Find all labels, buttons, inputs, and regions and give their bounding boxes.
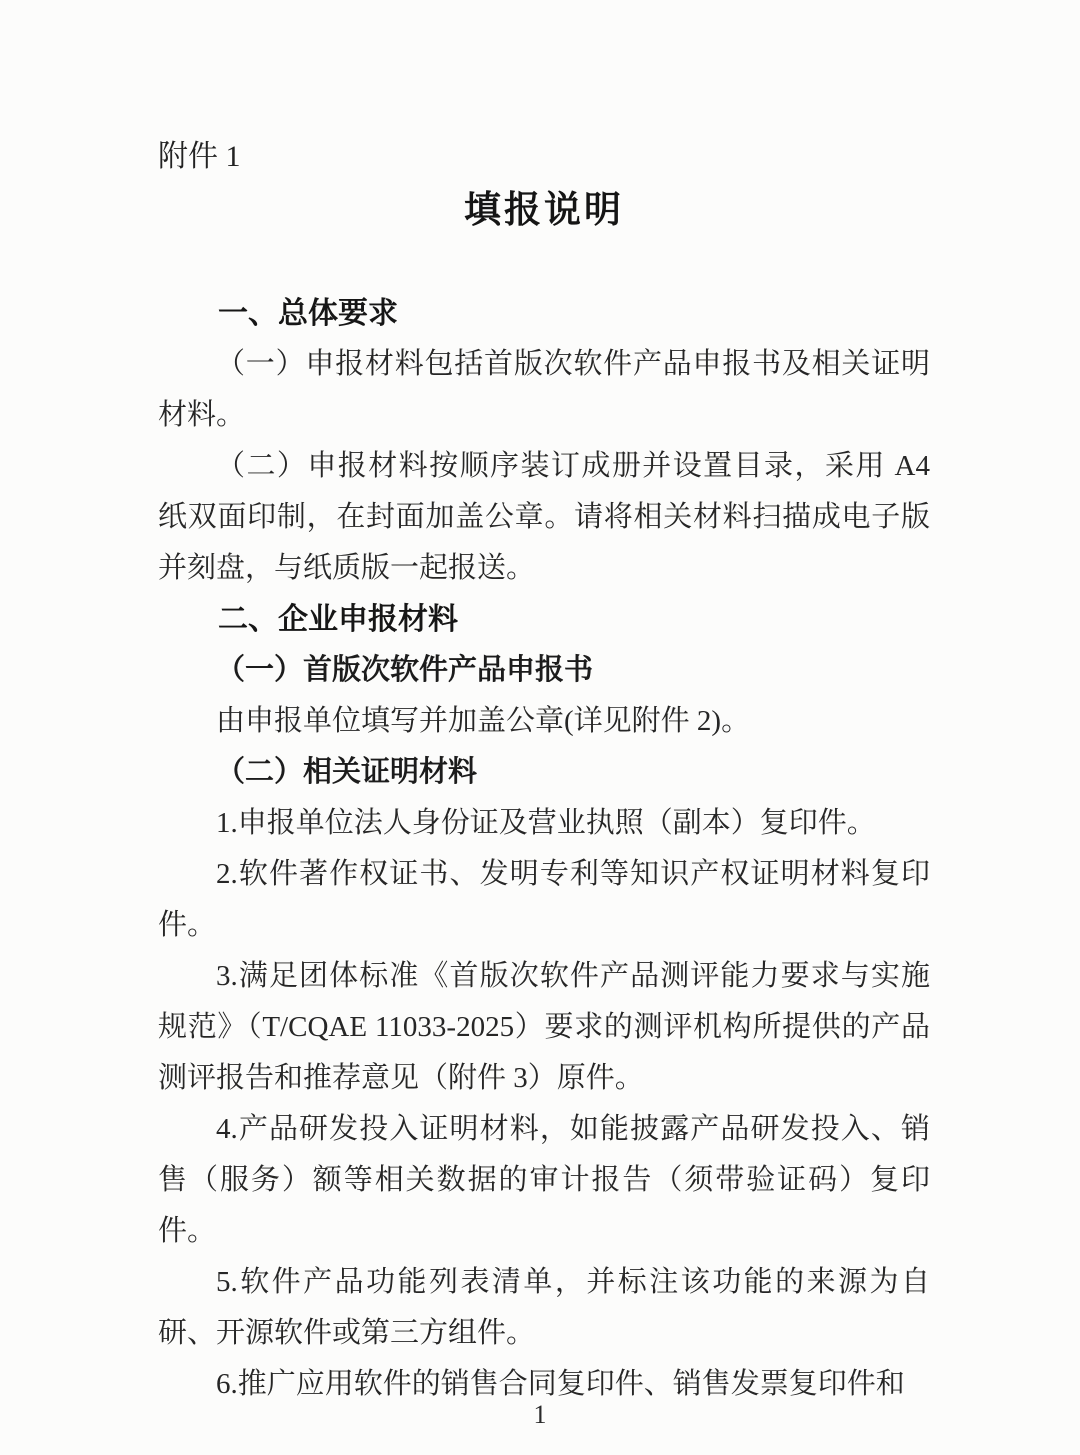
item-4-rd-investment: 4.产品研发投入证明材料，如能披露产品研发投入、销售（服务）额等相关数据的审计报…	[158, 1104, 930, 1257]
document-page: 附件 1 填报说明 一、总体要求 （一）申报材料包括首版次软件产品申报书及相关证…	[0, 0, 1080, 1455]
para-binding-requirements: （二）申报材料按顺序装订成册并设置目录，采用 A4 纸双面印制，在封面加盖公章。…	[158, 441, 930, 594]
para-materials-include: （一）申报材料包括首版次软件产品申报书及相关证明材料。	[158, 339, 930, 441]
document-body: 附件 1 填报说明 一、总体要求 （一）申报材料包括首版次软件产品申报书及相关证…	[158, 132, 930, 1410]
para-fill-and-seal: 由申报单位填写并加盖公章(详见附件 2)。	[158, 696, 930, 747]
heading-general-requirements: 一、总体要求	[158, 288, 930, 339]
item-1-id-and-license: 1.申报单位法人身份证及营业执照（副本）复印件。	[158, 798, 930, 849]
subheading-declaration-form: （一）首版次软件产品申报书	[158, 645, 930, 696]
item-2-copyright-patent: 2.软件著作权证书、发明专利等知识产权证明材料复印件。	[158, 849, 930, 951]
attachment-label: 附件 1	[158, 132, 930, 182]
heading-enterprise-materials: 二、企业申报材料	[158, 594, 930, 645]
page-number: 1	[0, 1398, 1080, 1432]
item-5-function-list: 5.软件产品功能列表清单，并标注该功能的来源为自研、开源软件或第三方组件。	[158, 1257, 930, 1359]
subheading-supporting-materials: （二）相关证明材料	[158, 747, 930, 798]
item-3-test-report: 3.满足团体标准《首版次软件产品测评能力要求与实施规范》（T/CQAE 1103…	[158, 951, 930, 1104]
document-title: 填报说明	[158, 182, 930, 238]
